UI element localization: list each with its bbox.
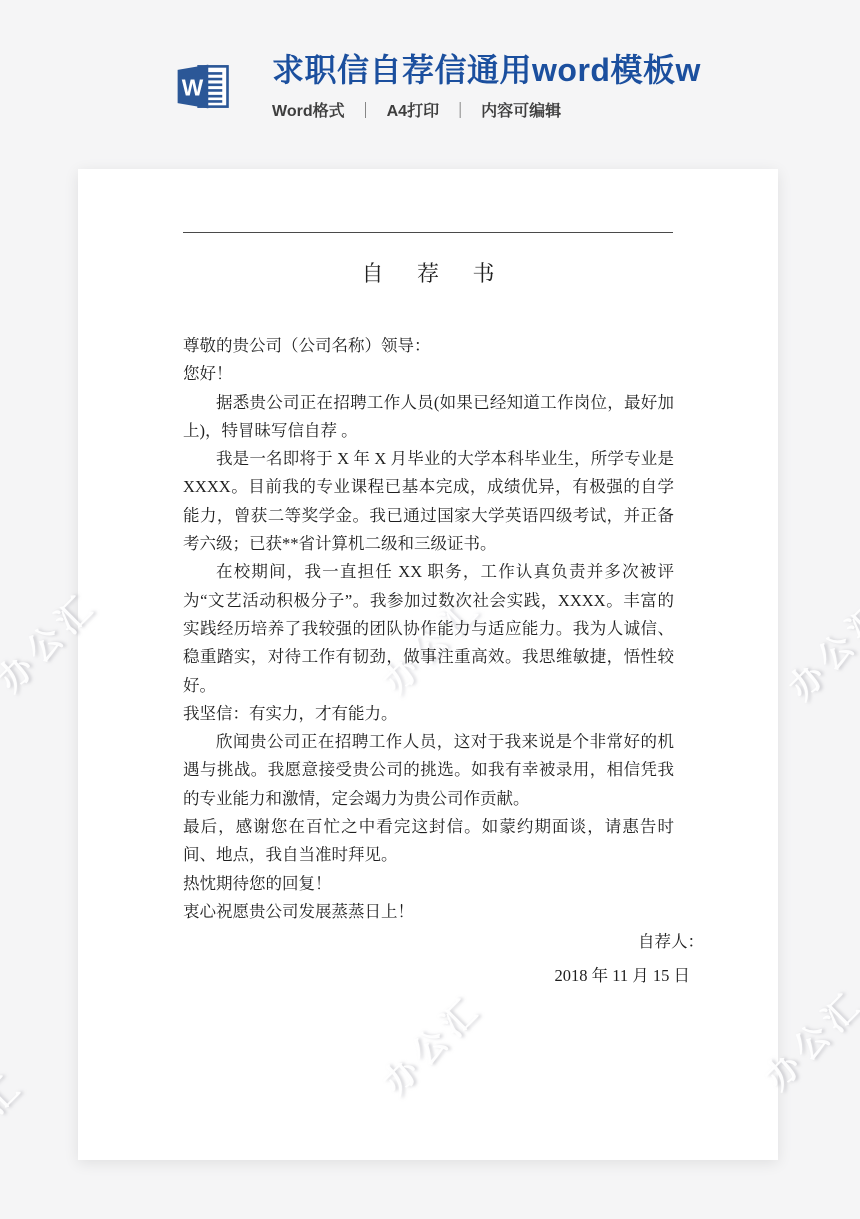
letter-body: 尊敬的贵公司（公司名称）领导：您好！据悉贵公司正在招聘工作人员(如果已经知道工作… — [78, 332, 778, 926]
header-text: 求职信自荐信通用word模板w Word格式 ｜ A4打印 ｜ 内容可编辑 — [272, 50, 701, 121]
document-page: 办公汇 自 荐 书 尊敬的贵公司（公司名称）领导：您好！据悉贵公司正在招聘工作人… — [78, 169, 778, 1160]
separator-bar: ｜ — [452, 98, 468, 121]
format-info: Word格式 ｜ A4打印 ｜ 内容可编辑 — [272, 98, 701, 121]
letter-paragraph: 尊敬的贵公司（公司名称）领导： — [183, 332, 674, 360]
format-editable: 内容可编辑 — [481, 98, 561, 121]
letter-title: 自 荐 书 — [78, 257, 778, 288]
letter-paragraph: 热忱期待您的回复！ — [183, 870, 674, 898]
word-file-icon: W — [175, 60, 231, 113]
format-word: Word格式 — [272, 98, 345, 121]
letter-paragraph: 最后，感谢您在百忙之中看完这封信。如蒙约期面谈，请惠告时间、地点，我自当准时拜见… — [183, 813, 674, 870]
signature-label: 自荐人： — [78, 928, 778, 956]
format-a4: A4打印 — [387, 98, 439, 121]
letter-paragraph: 我是一名即将于 X 年 X 月毕业的大学本科毕业生，所学专业是XXXX。目前我的… — [183, 445, 674, 558]
header: W 求职信自荐信通用word模板w Word格式 ｜ A4打印 ｜ 内容可编辑 — [0, 0, 860, 170]
letter-paragraph: 衷心祝愿贵公司发展蒸蒸日上！ — [183, 898, 674, 926]
letter-paragraph: 欣闻贵公司正在招聘工作人员，这对于我来说是个非常好的机遇与挑战。我愿意接受贵公司… — [183, 728, 674, 813]
watermark-right: 办公汇 — [775, 587, 860, 709]
signature-date: 2018 年 11 月 15 日 — [78, 962, 778, 990]
template-title: 求职信自荐信通用word模板w — [272, 50, 701, 90]
word-icon-letter: W — [182, 74, 204, 100]
letter-paragraph: 据悉贵公司正在招聘工作人员(如果已经知道工作岗位，最好加上)，特冒昧写信自荐 。 — [183, 389, 674, 446]
divider-line — [183, 232, 673, 233]
page-background: W 求职信自荐信通用word模板w Word格式 ｜ A4打印 ｜ 内容可编辑 … — [0, 0, 860, 1219]
letter-paragraph: 您好！ — [183, 360, 674, 388]
letter-paragraph: 我坚信：有实力，才有能力。 — [183, 700, 674, 728]
letter-paragraph: 在校期间，我一直担任 XX 职务，工作认真负责并多次被评为“文艺活动积极分子”。… — [183, 558, 674, 699]
separator-bar: ｜ — [358, 98, 374, 121]
watermark-bottom-left: 办公汇 — [0, 1059, 33, 1181]
